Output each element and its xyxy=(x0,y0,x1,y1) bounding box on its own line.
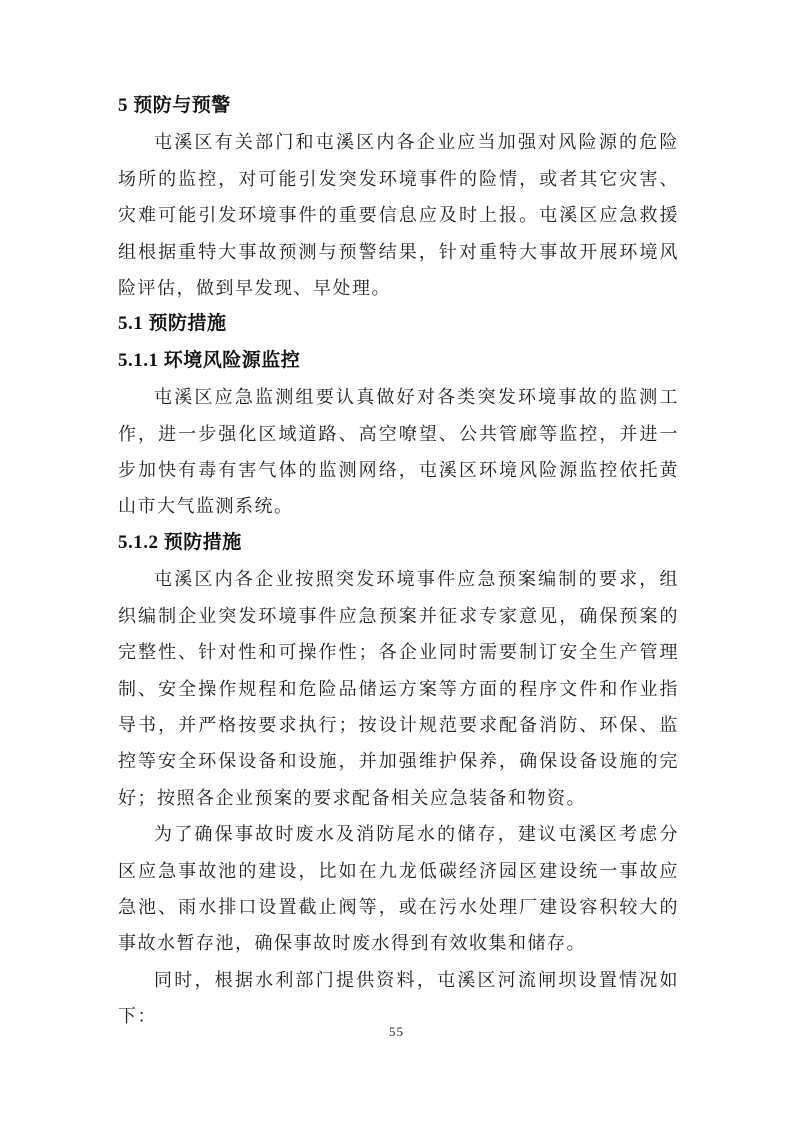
heading-section-5: 5 预防与预警 xyxy=(118,88,679,124)
document-content: 5 预防与预警 屯溪区有关部门和屯溪区内各企业应当加强对风险源的危险场所的监控，… xyxy=(118,88,679,1035)
heading-section-5-1-2: 5.1.2 预防措施 xyxy=(118,525,679,561)
page-number: 55 xyxy=(0,1024,793,1040)
heading-section-5-1: 5.1 预防措施 xyxy=(118,306,679,342)
paragraph-wastewater-storage: 为了确保事故时废水及消防尾水的储存，建议屯溪区考虑分区应急事故池的建设，比如在九… xyxy=(118,816,679,962)
paragraph-enterprise-plans: 屯溪区内各企业按照突发环境事件应急预案编制的要求，组织编制企业突发环境事件应急预… xyxy=(118,561,679,816)
document-page: 5 预防与预警 屯溪区有关部门和屯溪区内各企业应当加强对风险源的危险场所的监控，… xyxy=(0,0,793,1122)
paragraph-monitoring: 屯溪区应急监测组要认真做好对各类突发环境事故的监测工作，进一步强化区域道路、高空… xyxy=(118,379,679,525)
heading-section-5-1-1: 5.1.1 环境风险源监控 xyxy=(118,343,679,379)
paragraph-overview: 屯溪区有关部门和屯溪区内各企业应当加强对风险源的危险场所的监控，对可能引发突发环… xyxy=(118,124,679,306)
